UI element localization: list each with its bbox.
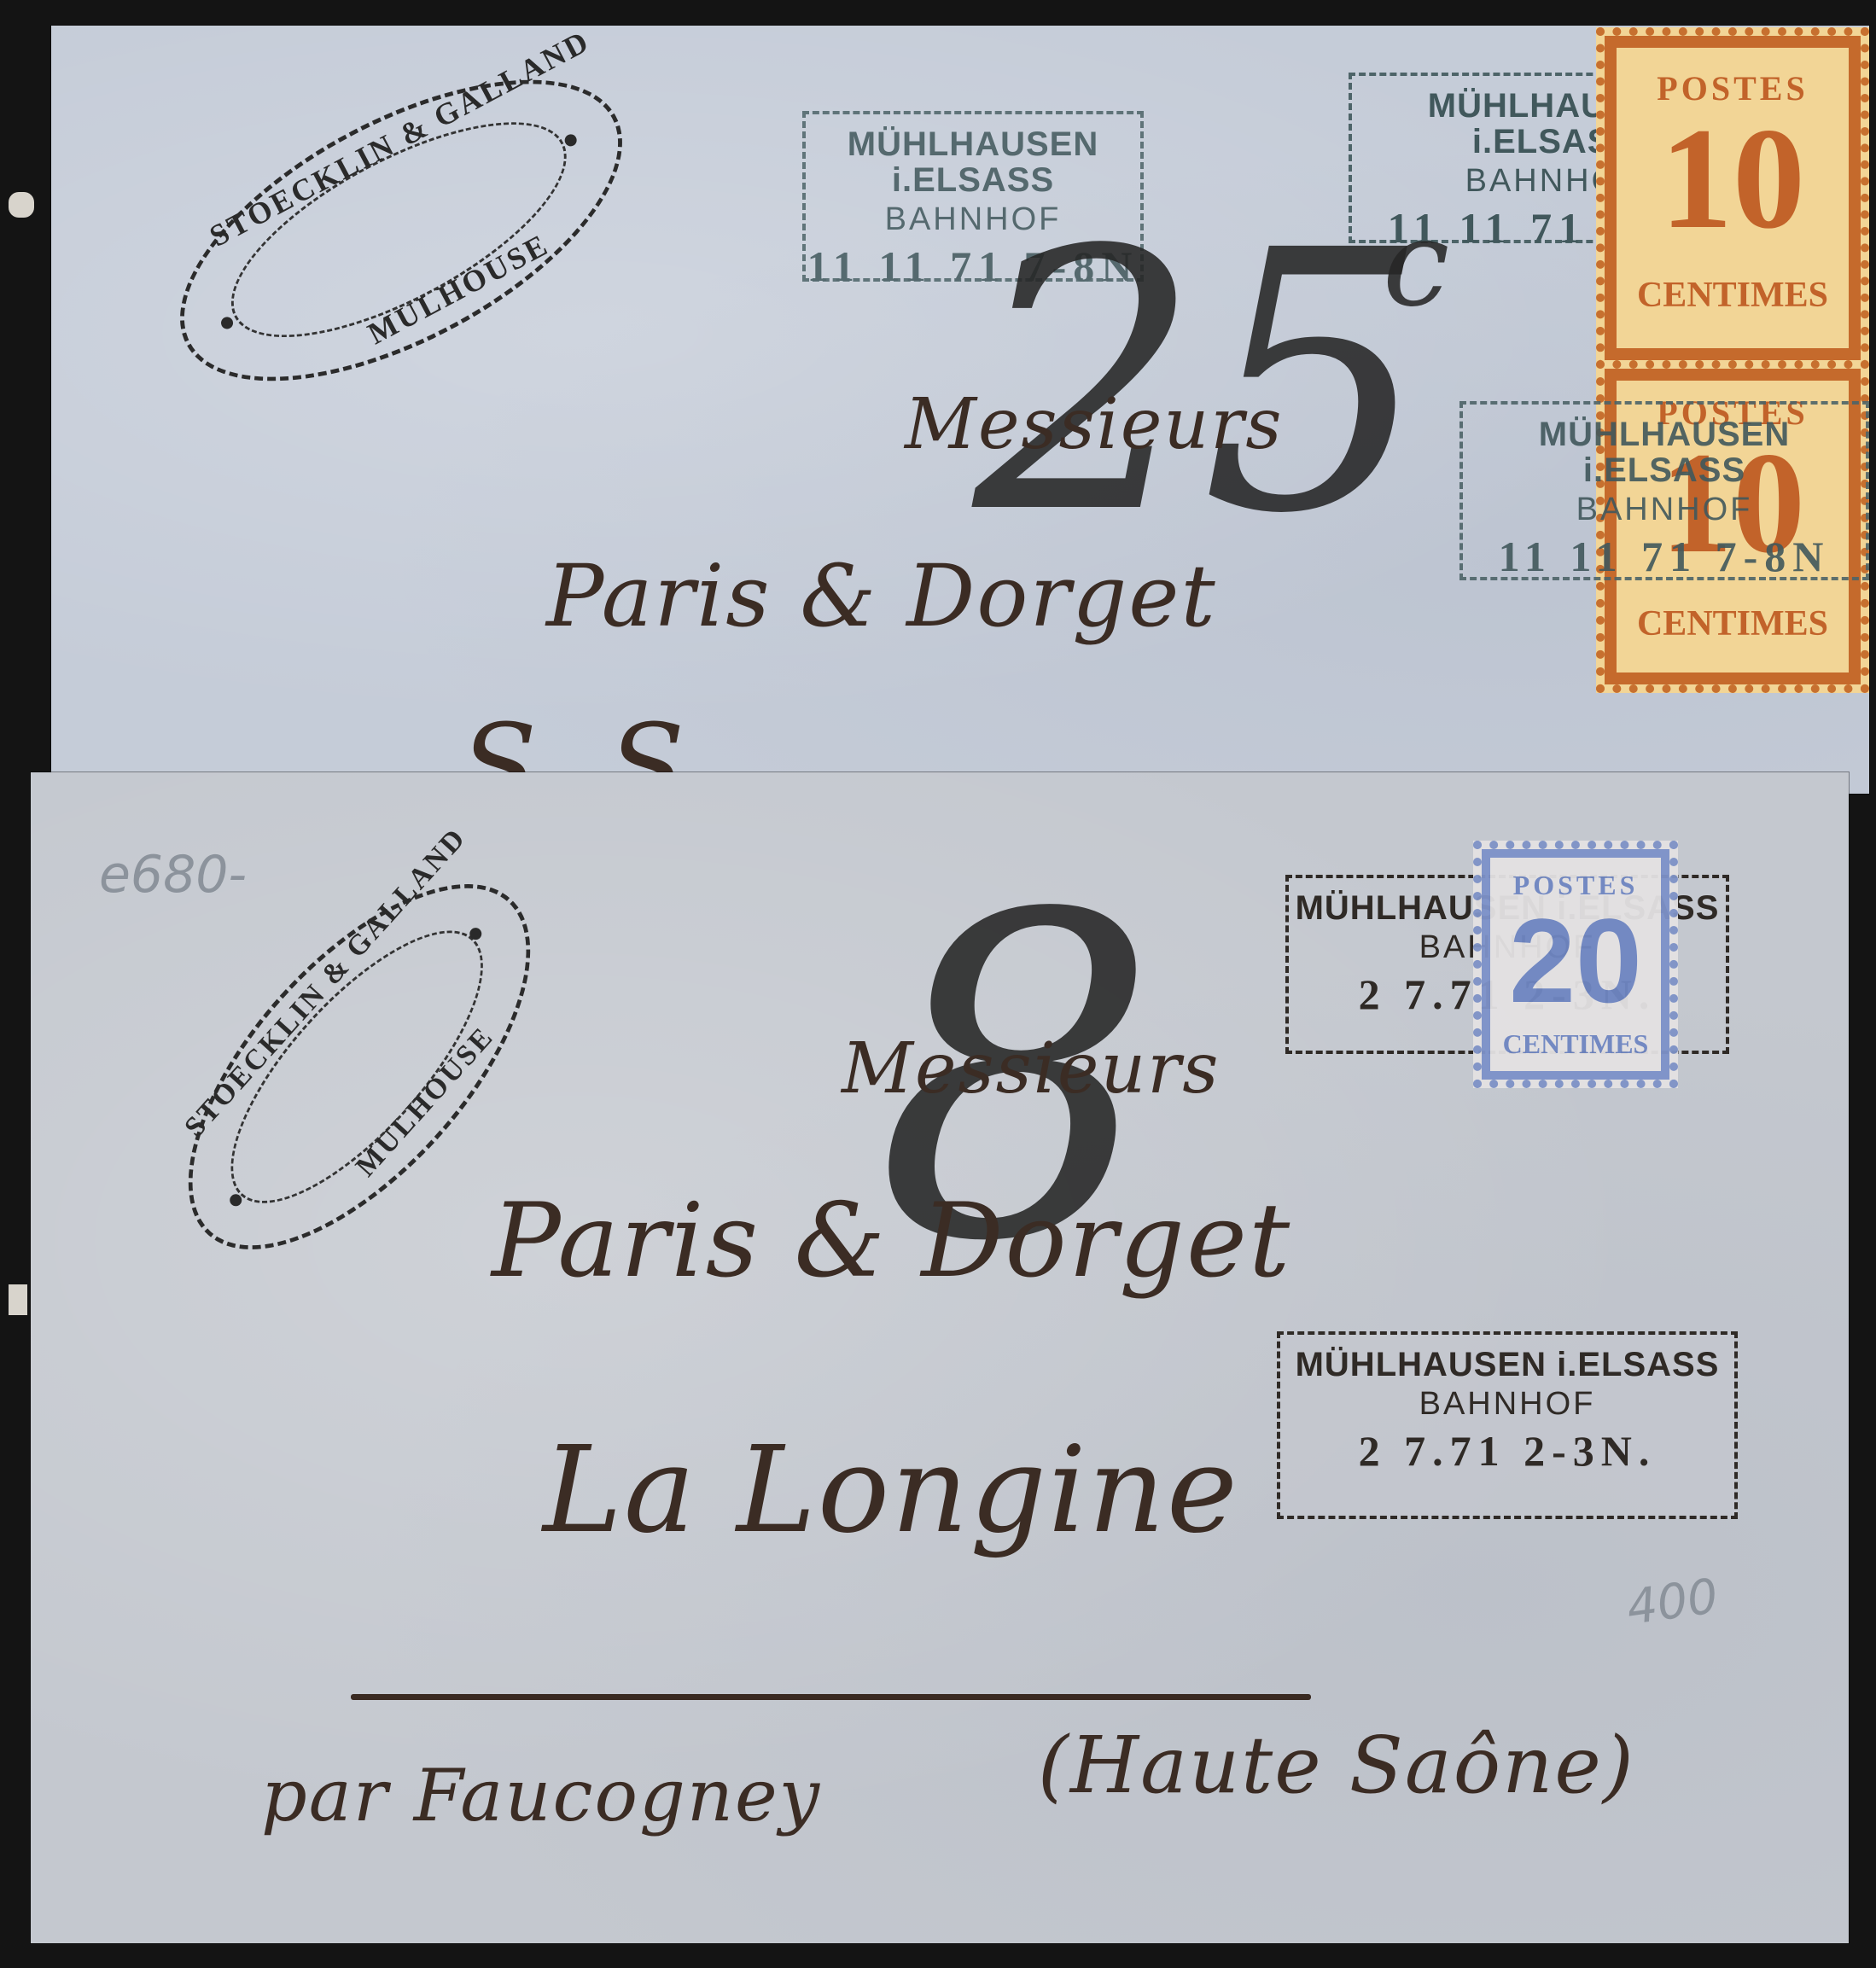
tax-note: c xyxy=(1383,205,1449,324)
postmark-date: 11 11 71 7-8N xyxy=(1463,534,1866,579)
stamp-denomination: CENTIMES xyxy=(1605,603,1861,644)
pencil-note: e680- xyxy=(99,845,247,905)
sender-cachet: STOECKLIN & GALLAND MULHOUSE xyxy=(134,18,667,442)
address-salutation: Messieurs xyxy=(842,1028,1221,1109)
address-name: Paris & Dorget xyxy=(546,546,1217,646)
stamp-10-centimes: POSTES 10 CENTIMES xyxy=(1596,27,1869,369)
postmark-town: MÜHLHAUSEN i.ELSASS xyxy=(1463,416,1866,488)
postmark-date: 2 7.71 2-3N. xyxy=(1280,1429,1734,1474)
stamp-value: 10 xyxy=(1605,96,1861,262)
postmark-bahnhof: MÜHLHAUSEN i.ELSASS BAHNHOF 11 11 71 7-8… xyxy=(1459,401,1869,580)
stamp-denomination: CENTIMES xyxy=(1605,275,1861,316)
postmark-station: BAHNHOF xyxy=(1280,1388,1734,1422)
address-via: par Faucogney xyxy=(261,1754,821,1837)
postmark-town: MÜHLHAUSEN i.ELSASS xyxy=(1280,1347,1734,1383)
address-department: (Haute Saône) xyxy=(1038,1720,1635,1811)
postmark-bahnhof: MÜHLHAUSEN i.ELSASS BAHNHOF 2 7.71 2-3N. xyxy=(1277,1331,1738,1519)
pencil-price: 400 xyxy=(1623,1569,1722,1636)
address-place: La Longine xyxy=(543,1421,1239,1560)
address-salutation: Messieurs xyxy=(905,384,1284,465)
paper-tear xyxy=(9,1284,27,1315)
address-name: Paris & Dorget xyxy=(492,1182,1291,1301)
stamp-20-centimes: POSTES 20 CENTIMES xyxy=(1473,841,1678,1088)
stamp-value: 20 xyxy=(1482,892,1669,1030)
postmark-station: BAHNHOF xyxy=(1463,493,1866,527)
cover-top: STOECKLIN & GALLAND MULHOUSE MÜHLHAUSEN … xyxy=(51,26,1869,794)
cover-bottom: e680- STOECKLIN & GALLAND MULHOUSE MÜHLH… xyxy=(31,772,1849,1943)
stamp-denomination: CENTIMES xyxy=(1482,1028,1669,1060)
cachet-dot xyxy=(219,315,236,331)
address-underline xyxy=(351,1694,1311,1700)
paper-tear xyxy=(9,192,34,218)
